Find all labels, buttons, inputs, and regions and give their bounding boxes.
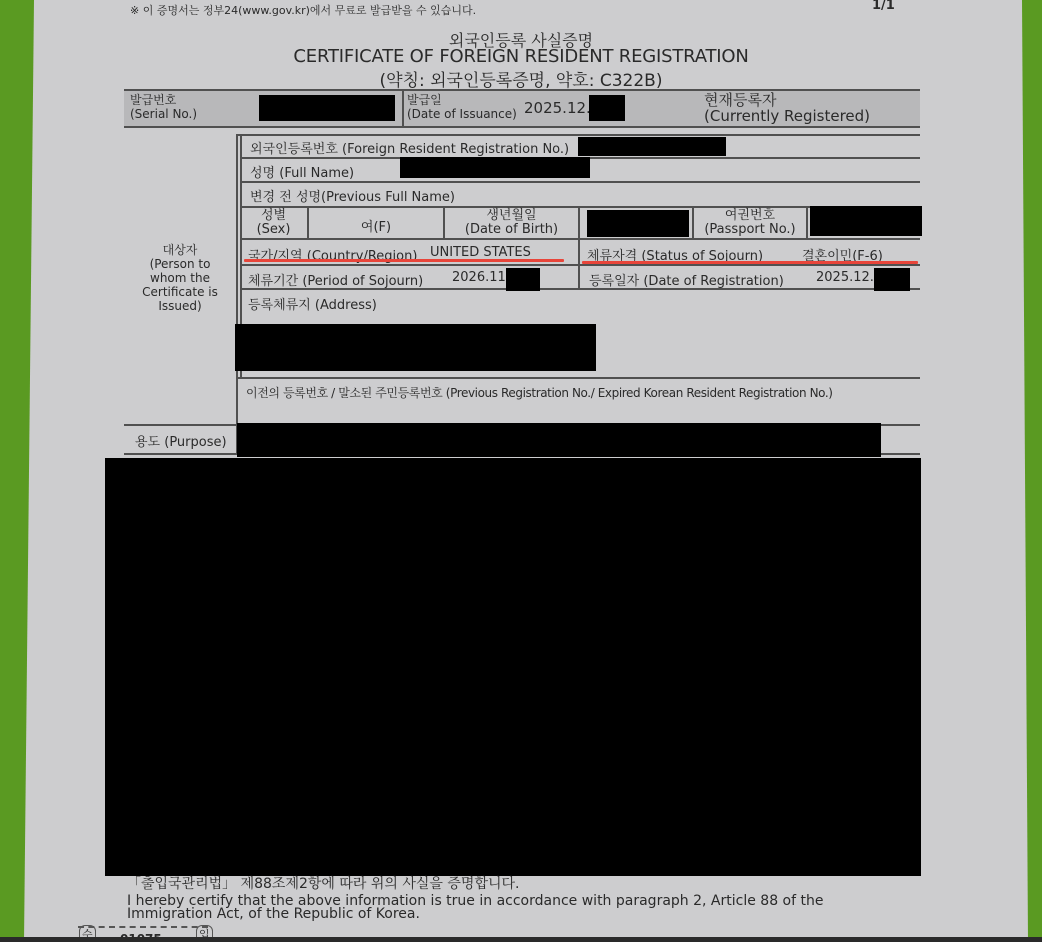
page-number: 1/1 xyxy=(872,0,895,13)
address-label: 등록체류지 (Address) xyxy=(248,294,377,313)
person-section-label-line: whom the xyxy=(130,271,230,285)
country-highlight-underline xyxy=(244,259,564,262)
previous-name-label: 변경 전 성명(Previous Full Name) xyxy=(250,186,455,205)
large-redacted-block xyxy=(105,458,921,876)
status-highlight-underline xyxy=(582,261,918,264)
serial-label: 발급번호 (Serial No.) xyxy=(130,93,197,121)
full-name-redacted xyxy=(400,157,590,178)
issuance-date-label-ko: 발급일 xyxy=(407,93,517,107)
table-border xyxy=(806,206,808,238)
person-section-label-line: Certificate is xyxy=(130,285,230,299)
sojourn-period-value: 2026.11 xyxy=(452,270,506,285)
serial-label-ko: 발급번호 xyxy=(130,93,197,107)
person-section-label-line: Issued) xyxy=(130,299,230,313)
passport-label: 여권번호 (Passport No.) xyxy=(694,209,806,237)
serial-number-redacted xyxy=(259,95,395,121)
title-english: CERTIFICATE OF FOREIGN RESIDENT REGISTRA… xyxy=(0,46,1042,67)
sex-label: 성별 (Sex) xyxy=(240,209,307,237)
table-border xyxy=(124,89,920,91)
table-border xyxy=(240,181,920,183)
full-name-label: 성명 (Full Name) xyxy=(250,162,354,181)
passport-number-redacted xyxy=(810,206,922,236)
table-border xyxy=(236,134,920,136)
free-issuance-notice: ※ 이 증명서는 정부24(www.gov.kr)에서 무료로 발급받을 수 있… xyxy=(130,2,476,18)
table-border xyxy=(240,238,920,240)
country-value: UNITED STATES xyxy=(430,245,531,260)
registration-number-label: 외국인등록번호 (Foreign Resident Registration N… xyxy=(250,138,569,157)
dob-label-ko: 생년월일 xyxy=(445,209,578,223)
person-section-label-line: (Person to xyxy=(130,257,230,271)
address-redacted xyxy=(235,324,596,371)
table-border xyxy=(240,264,920,266)
person-section-label: 대상자 (Person to whom the Certificate is I… xyxy=(130,243,230,313)
date-of-birth-redacted xyxy=(587,210,689,237)
sojourn-period-redacted xyxy=(506,268,540,291)
registration-status-ko: 현재등록자 xyxy=(704,92,870,108)
date-of-birth-label: 생년월일 (Date of Birth) xyxy=(445,209,578,237)
sex-value: 여(F) xyxy=(309,216,443,235)
issuance-date-value: 2025.12. xyxy=(524,99,591,117)
passport-label-ko: 여권번호 xyxy=(694,209,806,223)
registration-status-en: (Currently Registered) xyxy=(704,108,870,124)
registration-number-redacted xyxy=(578,137,726,156)
registration-date-redacted xyxy=(874,268,910,291)
table-border xyxy=(236,377,920,379)
title-abbreviation: (약칭: 외국인등록증명, 약호: C322B) xyxy=(0,66,1042,91)
person-section-label-ko: 대상자 xyxy=(130,243,230,257)
registration-date-label: 등록일자 (Date of Registration) xyxy=(589,270,784,289)
certification-statement-ko: 「출입국관리법」 제88조제2항에 따라 위의 사실을 증명합니다. xyxy=(127,877,519,892)
table-border xyxy=(578,206,580,288)
purpose-redacted xyxy=(237,423,881,457)
table-border xyxy=(402,90,404,126)
issuance-date-label: 발급일 (Date of Issuance) xyxy=(407,93,517,121)
sex-label-en: (Sex) xyxy=(240,223,307,237)
dob-label-en: (Date of Birth) xyxy=(445,223,578,237)
registration-status: 현재등록자 (Currently Registered) xyxy=(704,92,870,124)
sex-label-ko: 성별 xyxy=(240,209,307,223)
issuance-date-label-en: (Date of Issuance) xyxy=(407,107,517,121)
certification-statement-en-2: Immigration Act, of the Republic of Kore… xyxy=(127,907,420,922)
bottom-edge xyxy=(0,937,1042,942)
table-border xyxy=(124,126,920,128)
sojourn-period-label: 체류기간 (Period of Sojourn) xyxy=(248,270,423,289)
passport-label-en: (Passport No.) xyxy=(694,223,806,237)
serial-label-en: (Serial No.) xyxy=(130,107,197,121)
previous-registration-label: 이전의 등록번호 / 말소된 주민등록번호 (Previous Registra… xyxy=(246,384,833,401)
purpose-label: 용도 (Purpose) xyxy=(135,431,227,450)
issuance-date-redacted xyxy=(589,95,625,121)
table-border xyxy=(236,134,238,454)
registration-date-value: 2025.12. xyxy=(816,270,874,285)
